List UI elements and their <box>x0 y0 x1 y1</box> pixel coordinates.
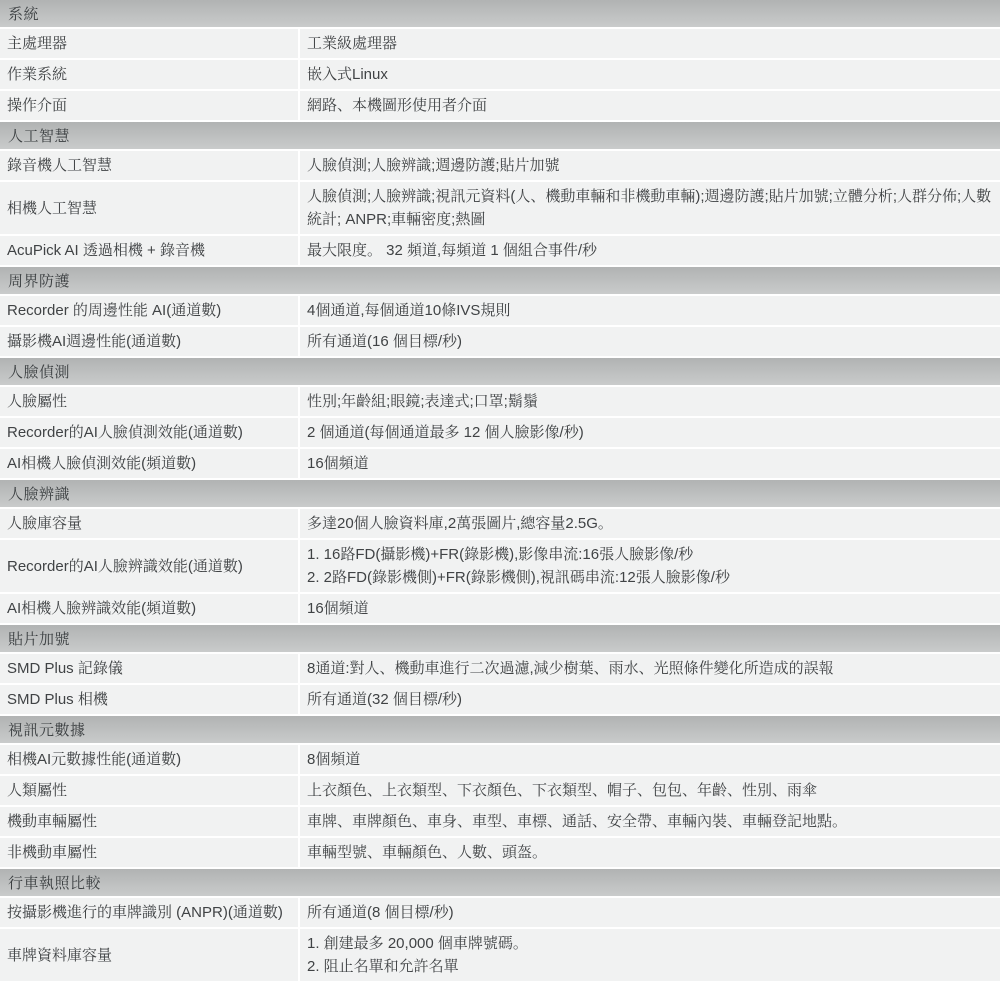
spec-row: SMD Plus 記錄儀 8通道:對人、機動車進行二次過濾,減少樹葉、雨水、光照… <box>0 654 1000 683</box>
spec-value: 性別;年齡組;眼鏡;表達式;口罩;鬍鬚 <box>300 387 1000 416</box>
spec-label: 按攝影機進行的車牌識別 (ANPR)(通道數) <box>0 898 300 927</box>
spec-value: 1. 16路FD(攝影機)+FR(錄影機),影像串流:16張人臉影像/秒 2. … <box>300 540 1000 592</box>
spec-row: AcuPick AI 透過相機 + 錄音機 最大限度。 32 頻道,每頻道 1 … <box>0 236 1000 265</box>
spec-row: 錄音機人工智慧 人臉偵測;人臉辨識;週邊防護;貼片加號 <box>0 151 1000 180</box>
spec-value: 人臉偵測;人臉辨識;視訊元資料(人、機動車輛和非機動車輛);週邊防護;貼片加號;… <box>300 182 1000 234</box>
spec-row: 操作介面 網路、本機圖形使用者介面 <box>0 91 1000 120</box>
spec-label: SMD Plus 相機 <box>0 685 300 714</box>
spec-label: Recorder的AI人臉偵測效能(通道數) <box>0 418 300 447</box>
spec-value: 1. 創建最多 20,000 個車牌號碼。 2. 阻止名單和允許名單 <box>300 929 1000 981</box>
spec-value: 所有通道(16 個目標/秒) <box>300 327 1000 356</box>
section-header-face-detection: 人臉偵測 <box>0 358 1000 385</box>
section-header-video-metadata: 視訊元數據 <box>0 716 1000 743</box>
spec-value: 2 個通道(每個通道最多 12 個人臉影像/秒) <box>300 418 1000 447</box>
spec-row: 按攝影機進行的車牌識別 (ANPR)(通道數) 所有通道(8 個目標/秒) <box>0 898 1000 927</box>
spec-label: 攝影機AI週邊性能(通道數) <box>0 327 300 356</box>
spec-label: 非機動車屬性 <box>0 838 300 867</box>
spec-label: 車牌資料庫容量 <box>0 929 300 981</box>
spec-row: 人臉屬性 性別;年齡組;眼鏡;表達式;口罩;鬍鬚 <box>0 387 1000 416</box>
section-header-system: 系統 <box>0 0 1000 27</box>
spec-row: 人臉庫容量 多達20個人臉資料庫,2萬張圖片,總容量2.5G。 <box>0 509 1000 538</box>
spec-row: 人類屬性 上衣顏色、上衣類型、下衣顏色、下衣類型、帽子、包包、年齡、性別、雨傘 <box>0 776 1000 805</box>
spec-row: 非機動車屬性 車輛型號、車輛顏色、人數、頭盔。 <box>0 838 1000 867</box>
spec-row: 相機人工智慧 人臉偵測;人臉辨識;視訊元資料(人、機動車輛和非機動車輛);週邊防… <box>0 182 1000 234</box>
spec-label: 錄音機人工智慧 <box>0 151 300 180</box>
spec-label: 人類屬性 <box>0 776 300 805</box>
spec-row: AI相機人臉偵測效能(頻道數) 16個頻道 <box>0 449 1000 478</box>
spec-row: 作業系統 嵌入式Linux <box>0 60 1000 89</box>
spec-label: 機動車輛屬性 <box>0 807 300 836</box>
spec-value: 最大限度。 32 頻道,每頻道 1 個組合事件/秒 <box>300 236 1000 265</box>
spec-value: 網路、本機圖形使用者介面 <box>300 91 1000 120</box>
section-header-face-recognition: 人臉辨識 <box>0 480 1000 507</box>
spec-row: 攝影機AI週邊性能(通道數) 所有通道(16 個目標/秒) <box>0 327 1000 356</box>
spec-label: 相機人工智慧 <box>0 182 300 234</box>
spec-table: 系統 主處理器 工業級處理器 作業系統 嵌入式Linux 操作介面 網路、本機圖… <box>0 0 1000 981</box>
section-header-artificial-intelligence: 人工智慧 <box>0 122 1000 149</box>
spec-value: 16個頻道 <box>300 594 1000 623</box>
spec-label: 人臉屬性 <box>0 387 300 416</box>
section-header-smd-plus: 貼片加號 <box>0 625 1000 652</box>
spec-label: 相機AI元數據性能(通道數) <box>0 745 300 774</box>
spec-row: AI相機人臉辨識效能(頻道數) 16個頻道 <box>0 594 1000 623</box>
spec-value: 8個頻道 <box>300 745 1000 774</box>
spec-value: 多達20個人臉資料庫,2萬張圖片,總容量2.5G。 <box>300 509 1000 538</box>
spec-value: 車牌、車牌顏色、車身、車型、車標、通話、安全帶、車輛內裝、車輛登記地點。 <box>300 807 1000 836</box>
section-header-perimeter-protection: 周界防護 <box>0 267 1000 294</box>
spec-value: 嵌入式Linux <box>300 60 1000 89</box>
spec-value: 16個頻道 <box>300 449 1000 478</box>
spec-label: AI相機人臉辨識效能(頻道數) <box>0 594 300 623</box>
spec-label: AcuPick AI 透過相機 + 錄音機 <box>0 236 300 265</box>
spec-value: 工業級處理器 <box>300 29 1000 58</box>
spec-row: SMD Plus 相機 所有通道(32 個目標/秒) <box>0 685 1000 714</box>
spec-row: Recorder的AI人臉辨識效能(通道數) 1. 16路FD(攝影機)+FR(… <box>0 540 1000 592</box>
spec-value: 上衣顏色、上衣類型、下衣顏色、下衣類型、帽子、包包、年齡、性別、雨傘 <box>300 776 1000 805</box>
spec-label: Recorder的AI人臉辨識效能(通道數) <box>0 540 300 592</box>
section-header-anpr-comparison: 行車執照比較 <box>0 869 1000 896</box>
spec-label: 作業系統 <box>0 60 300 89</box>
spec-row: 主處理器 工業級處理器 <box>0 29 1000 58</box>
spec-value: 8通道:對人、機動車進行二次過濾,減少樹葉、雨水、光照條件變化所造成的誤報 <box>300 654 1000 683</box>
spec-row: 機動車輛屬性 車牌、車牌顏色、車身、車型、車標、通話、安全帶、車輛內裝、車輛登記… <box>0 807 1000 836</box>
spec-row: Recorder 的周邊性能 AI(通道數) 4個通道,每個通道10條IVS規則 <box>0 296 1000 325</box>
spec-value: 所有通道(32 個目標/秒) <box>300 685 1000 714</box>
spec-value: 4個通道,每個通道10條IVS規則 <box>300 296 1000 325</box>
spec-value: 所有通道(8 個目標/秒) <box>300 898 1000 927</box>
spec-row: Recorder的AI人臉偵測效能(通道數) 2 個通道(每個通道最多 12 個… <box>0 418 1000 447</box>
spec-label: AI相機人臉偵測效能(頻道數) <box>0 449 300 478</box>
spec-label: Recorder 的周邊性能 AI(通道數) <box>0 296 300 325</box>
spec-value: 車輛型號、車輛顏色、人數、頭盔。 <box>300 838 1000 867</box>
spec-label: 主處理器 <box>0 29 300 58</box>
spec-row: 車牌資料庫容量 1. 創建最多 20,000 個車牌號碼。 2. 阻止名單和允許… <box>0 929 1000 981</box>
spec-label: SMD Plus 記錄儀 <box>0 654 300 683</box>
spec-label: 操作介面 <box>0 91 300 120</box>
spec-row: 相機AI元數據性能(通道數) 8個頻道 <box>0 745 1000 774</box>
spec-value: 人臉偵測;人臉辨識;週邊防護;貼片加號 <box>300 151 1000 180</box>
spec-label: 人臉庫容量 <box>0 509 300 538</box>
